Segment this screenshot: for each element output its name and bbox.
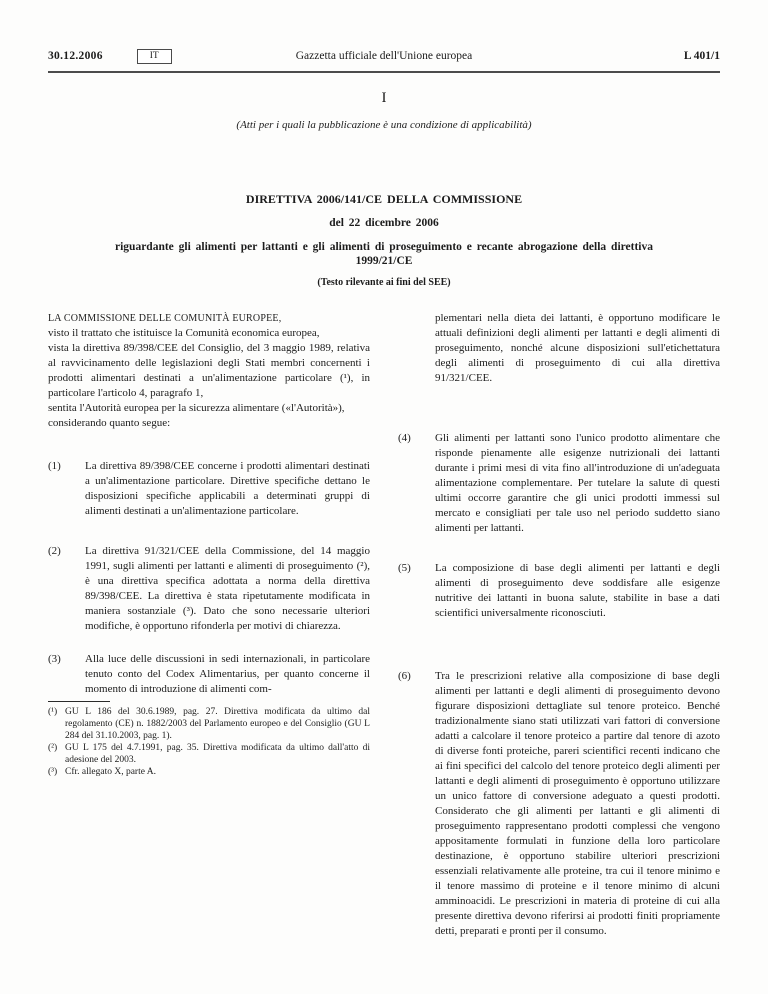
directive-date: del 22 dicembre 2006 <box>48 216 720 230</box>
recital-3-continuation: plementari nella dieta dei lattanti, è o… <box>398 311 720 386</box>
footnote-text: GU L 186 del 30.6.1989, pag. 27. Diretti… <box>65 706 370 742</box>
section-note: (Atti per i quali la pubblicazione è una… <box>48 119 720 132</box>
footnote-text: Cfr. allegato X, parte A. <box>65 766 370 778</box>
citation-authority: sentita l'Autorità europea per la sicure… <box>48 401 370 416</box>
recitals-intro: considerando quanto segue: <box>48 416 370 431</box>
left-column: LA COMMISSIONE DELLE COMUNITÀ EUROPEE, v… <box>48 311 370 939</box>
footnotes-block: (¹) GU L 186 del 30.6.1989, pag. 27. Dir… <box>48 701 370 778</box>
section-numeral: I <box>48 91 720 106</box>
recital-text: Alla luce delle discussioni in sedi inte… <box>85 652 370 697</box>
footnote-text: GU L 175 del 4.7.1991, pag. 35. Direttiv… <box>65 742 370 766</box>
body-columns: LA COMMISSIONE DELLE COMUNITÀ EUROPEE, v… <box>48 311 720 939</box>
footnote-1: (¹) GU L 186 del 30.6.1989, pag. 27. Dir… <box>48 706 370 742</box>
recital-text: Tra le prescrizioni relative alla compos… <box>435 669 720 939</box>
recital-text: La direttiva 89/398/CEE concerne i prodo… <box>85 459 370 519</box>
recital-text: Gli alimenti per lattanti sono l'unico p… <box>435 431 720 536</box>
language-badge: IT <box>137 49 172 64</box>
recital-1: (1) La direttiva 89/398/CEE concerne i p… <box>48 459 370 519</box>
directive-title: DIRETTIVA 2006/141/CE DELLA COMMISSIONE <box>48 192 720 206</box>
recital-2: (2) La direttiva 91/321/CEE della Commis… <box>48 544 370 634</box>
act-title-block: DIRETTIVA 2006/141/CE DELLA COMMISSIONE … <box>48 192 720 289</box>
recital-text: plementari nella dieta dei lattanti, è o… <box>435 311 720 386</box>
page-number: L 401/1 <box>684 50 720 62</box>
recital-6: (6) Tra le prescrizioni relative alla co… <box>398 669 720 939</box>
footnote-3: (³) Cfr. allegato X, parte A. <box>48 766 370 778</box>
recital-number: (3) <box>48 652 85 697</box>
recital-text: La composizione di base degli alimenti p… <box>435 561 720 621</box>
recital-4: (4) Gli alimenti per lattanti sono l'uni… <box>398 431 720 536</box>
footnote-rule <box>48 701 110 702</box>
recital-number: (5) <box>398 561 435 621</box>
footnote-mark: (²) <box>48 742 65 766</box>
journal-page: 30.12.2006 IT Gazzetta ufficiale dell'Un… <box>0 0 768 994</box>
recital-text: La direttiva 91/321/CEE della Commission… <box>85 544 370 634</box>
citation-directive: vista la direttiva 89/398/CEE del Consig… <box>48 341 370 401</box>
page-header: 30.12.2006 IT Gazzetta ufficiale dell'Un… <box>48 48 720 64</box>
footnote-mark: (³) <box>48 766 65 778</box>
right-column: plementari nella dieta dei lattanti, è o… <box>398 311 720 939</box>
recital-number: (4) <box>398 431 435 536</box>
header-rule <box>48 71 720 73</box>
directive-subject: riguardante gli alimenti per lattanti e … <box>91 240 677 268</box>
footnote-mark: (¹) <box>48 706 65 742</box>
citation-treaty: visto il trattato che istituisce la Comu… <box>48 326 370 341</box>
recital-5: (5) La composizione di base degli alimen… <box>398 561 720 621</box>
commission-formula: LA COMMISSIONE DELLE COMUNITÀ EUROPEE, <box>48 311 370 326</box>
recital-number: (2) <box>48 544 85 634</box>
footnote-2: (²) GU L 175 del 4.7.1991, pag. 35. Dire… <box>48 742 370 766</box>
recital-3: (3) Alla luce delle discussioni in sedi … <box>48 652 370 697</box>
eea-relevance-note: (Testo rilevante ai fini del SEE) <box>48 277 720 289</box>
recital-number: (1) <box>48 459 85 519</box>
recital-number: (6) <box>398 669 435 939</box>
